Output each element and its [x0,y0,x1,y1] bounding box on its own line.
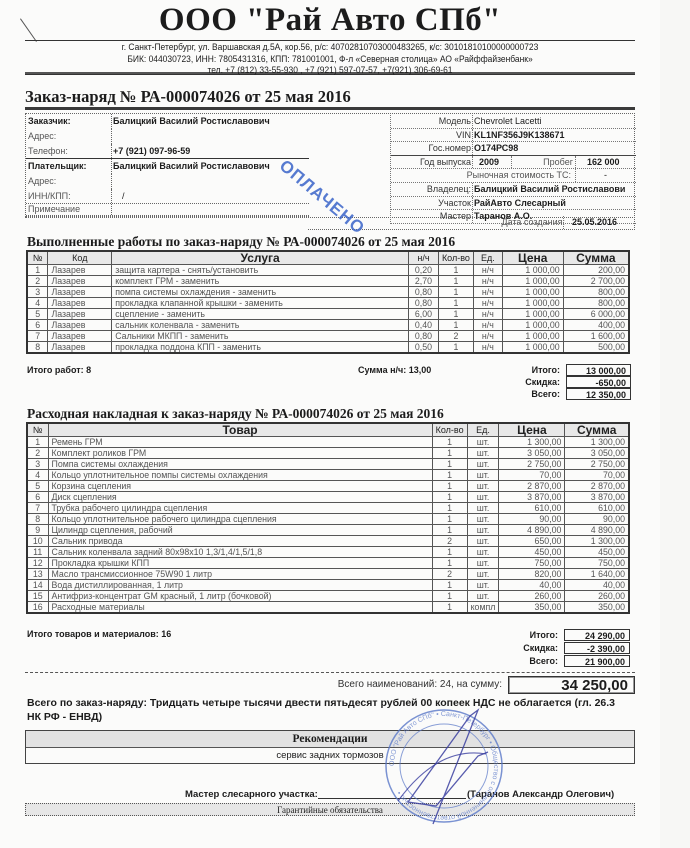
works-cell: 6,00 [409,309,439,320]
works-cell: Сальники МКПП - заменить [112,331,409,342]
goods-cell: шт. [467,525,499,536]
table-row: 11Сальник коленвала задний 80x98x10 1,3/… [27,547,629,558]
model-value: Chevrolet Lacetti [474,115,542,128]
table-row: 2Комплект роликов ГРМ1шт.3 050,003 050,0… [27,448,629,459]
goods-cell: 750,00 [499,558,565,569]
goods-cell: 2 [27,448,48,459]
works-cell: 1 000,00 [502,320,563,331]
items-count-label: Всего наименований: 24, на сумму: [260,679,502,690]
goods-cell: 70,00 [565,470,629,481]
goods-cell: Ремень ГРМ [48,437,432,448]
goods-cell: Корзина сцепления [48,481,432,492]
goods-cell: 1 300,00 [565,536,629,547]
owner-value: Балицкий Василий Ростиславови [474,183,625,196]
goods-cell: 40,00 [499,580,565,591]
works-cell: 1 000,00 [502,309,563,320]
goods-cell: Прокладка крышки КПП [48,558,432,569]
goods-count: Итого товаров и материалов: 16 [27,629,171,639]
works-header-cell: Цена [502,251,563,265]
table-row: 6Лазаревсальник коленвала - заменить0,40… [27,320,629,331]
works-cell: 8 [27,342,48,354]
address-row: Адрес: [26,129,309,144]
works-cell: 1 000,00 [502,331,563,342]
goods-cell: шт. [467,481,499,492]
table-row: 12Прокладка крышки КПП1шт.750,00750,00 [27,558,629,569]
payer-address-row: Адрес: [26,174,309,189]
goods-header-cell: Кол-во [432,423,467,437]
works-cell: н/ч [473,265,502,276]
goods-total-label: Итого: [500,630,558,640]
works-cell: н/ч [473,287,502,298]
goods-cell: 1 [432,591,467,602]
works-cell: прокладка клапанной крышки - заменить [112,298,409,309]
works-cell: Лазарев [48,320,112,331]
work-order-document: ООО "Рай Авто СПб" г. Санкт-Петербург, у… [0,0,660,848]
company-requisites: г. Санкт-Петербург, ул. Варшавская д.5А,… [25,40,635,75]
works-cell: защита картера - снять/установить [112,265,409,276]
goods-cell: Кольцо уплотнительное рабочего цилиндра … [48,514,432,525]
vin-value: KL1NF356J9K138671 [474,129,565,142]
goods-cell: шт. [467,580,499,591]
table-row: 3Лазаревпомпа системы охлаждения - замен… [27,287,629,298]
goods-header-cell: № [27,423,48,437]
goods-cell: 3 050,00 [499,448,565,459]
goods-cell: компл [467,602,499,614]
works-cell: 1 000,00 [502,276,563,287]
inn-label: ИНН/КПП: [28,189,71,203]
signature-label: Мастер слесарного участка: [185,789,318,800]
goods-header-cell: Ед. [467,423,499,437]
goods-cell: Кольцо уплотнительное помпы системы охла… [48,470,432,481]
works-cell: н/ч [473,276,502,287]
works-total-value: 13 000,00 [566,364,631,376]
model-label: Модель [439,115,471,128]
goods-cell: 1 [432,525,467,536]
works-cell: н/ч [473,331,502,342]
goods-cell: 70,00 [499,470,565,481]
goods-cell: 10 [27,536,48,547]
goods-cell: шт. [467,503,499,514]
works-total-label: Итого: [500,365,560,375]
works-cell: Лазарев [48,287,112,298]
goods-cell: 4 890,00 [499,525,565,536]
plate-value: О174РС98 [474,142,518,155]
table-row: 10Сальник привода2шт.650,001 300,00 [27,536,629,547]
goods-cell: 1 300,00 [565,437,629,448]
market-value-label: Рыночная стоимость ТС: [467,169,571,182]
goods-cell: Вода дистиллированная, 1 литр [48,580,432,591]
goods-cell: 1 [432,580,467,591]
works-cell: 6 [27,320,48,331]
goods-cell: 450,00 [499,547,565,558]
goods-cell: шт. [467,536,499,547]
works-cell: комплект ГРМ - заменить [112,276,409,287]
goods-cell: 9 [27,525,48,536]
payer-value: Балицкий Василий Ростиславович [113,159,270,173]
company-seal-icon: ООО "Рай Авто СПб" • Санкт-Петербург • О… [378,706,510,826]
table-row: 1Ремень ГРМ1шт.1 300,001 300,00 [27,437,629,448]
goods-cell: 4 890,00 [565,525,629,536]
goods-cell: шт. [467,459,499,470]
works-header-cell: Код [48,251,112,265]
goods-header-cell: Товар [48,423,432,437]
works-cell: 3 [27,287,48,298]
goods-cell: 1 [432,437,467,448]
goods-cell: 14 [27,580,48,591]
plate-label: Гос.номер [429,142,471,155]
goods-cell: шт. [467,448,499,459]
works-cell: 1 [438,276,473,287]
works-cell: Лазарев [48,342,112,354]
goods-cell: Расходные материалы [48,602,432,614]
goods-cell: 15 [27,591,48,602]
table-row: 7ЛазаревСальники МКПП - заменить0,802н/ч… [27,331,629,342]
goods-cell: 750,00 [565,558,629,569]
goods-cell: 350,00 [565,602,629,614]
goods-cell: 3 870,00 [499,492,565,503]
mileage-value: 162 000 [587,156,620,169]
works-cell: 6 000,00 [563,309,629,320]
customer-info: Заказчик: Балицкий Василий Ростиславович… [25,113,309,217]
market-value-row: Рыночная стоимость ТС: - [391,169,636,183]
goods-cell: шт. [467,547,499,558]
customer-label: Заказчик: [28,114,71,128]
goods-cell: 1 [432,514,467,525]
works-cell: 2,70 [409,276,439,287]
goods-cell: 2 [432,569,467,580]
works-cell: 0,20 [409,265,439,276]
goods-cell: 1 640,00 [565,569,629,580]
table-row: 3Помпа системы охлаждения1шт.2 750,002 7… [27,459,629,470]
works-cell: прокладка поддона КПП - заменить [112,342,409,354]
works-cell: н/ч [473,320,502,331]
model-row: Модель Chevrolet Lacetti [391,115,636,129]
works-header-cell: н/ч [409,251,439,265]
works-cell: помпа системы охлаждения - заменить [112,287,409,298]
plate-row: Гос.номер О174РС98 [391,142,636,156]
works-cell: н/ч [473,342,502,354]
goods-header-row: №ТоварКол-воЕд.ЦенаСумма [27,423,629,437]
goods-cell: 3 050,00 [565,448,629,459]
goods-cell: 6 [27,492,48,503]
works-cell: 2 [438,331,473,342]
works-title: Выполненные работы по заказ-наряду № РА-… [27,234,455,250]
vin-label: VIN [456,129,471,142]
phone-value: +7 (921) 097-96-59 [113,144,190,158]
works-grand-label: Всего: [500,389,560,399]
works-cell: сцепление - заменить [112,309,409,320]
table-row: 6Диск сцепления1шт.3 870,003 870,00 [27,492,629,503]
goods-cell: Трубка рабочего цилиндра сцепления [48,503,432,514]
table-row: 13Масло трансмиссионное 75W90 1 литр2шт.… [27,569,629,580]
goods-discount-value: -2 390,00 [564,642,630,654]
works-header-cell: Кол-во [438,251,473,265]
goods-cell: шт. [467,558,499,569]
goods-header-cell: Цена [499,423,565,437]
vehicle-info: Модель Chevrolet Lacetti VIN KL1NF356J9K… [390,115,636,224]
goods-cell: 1 [432,547,467,558]
works-grand-value: 12 350,00 [566,388,631,400]
works-table: №КодУслуган/чКол-воЕд.ЦенаСумма 1Лазарев… [26,250,630,354]
goods-cell: 1 [432,448,467,459]
goods-cell: Сальник коленвала задний 80x98x10 1,3/1,… [48,547,432,558]
address-label: Адрес: [28,129,56,143]
goods-grand-value: 21 900,00 [564,655,630,667]
customer-row: Заказчик: Балицкий Василий Ростиславович [26,114,309,129]
works-cell: 500,00 [563,342,629,354]
goods-cell: 90,00 [499,514,565,525]
goods-cell: 350,00 [499,602,565,614]
mileage-label: Пробег [531,156,573,169]
goods-cell: 40,00 [565,580,629,591]
works-cell: 0,80 [409,298,439,309]
table-row: 8Кольцо уплотнительное рабочего цилиндра… [27,514,629,525]
goods-cell: 1 [432,602,467,614]
goods-cell: Масло трансмиссионное 75W90 1 литр [48,569,432,580]
created-value: 25.05.2016 [572,216,617,229]
goods-cell: Диск сцепления [48,492,432,503]
works-header-row: №КодУслуган/чКол-воЕд.ЦенаСумма [27,251,629,265]
works-cell: Лазарев [48,265,112,276]
goods-cell: 260,00 [565,591,629,602]
total-in-words: Всего по заказ-наряду: Тридцать четыре т… [27,697,627,724]
works-discount-value: -650,00 [566,376,631,388]
works-cell: 800,00 [563,287,629,298]
payer-label: Плательщик: [28,159,86,173]
goods-cell: 4 [27,470,48,481]
goods-cell: 450,00 [565,547,629,558]
table-row: 7Трубка рабочего цилиндра сцепления1шт.6… [27,503,629,514]
goods-cell: 260,00 [499,591,565,602]
works-cell: 0,80 [409,287,439,298]
goods-cell: 12 [27,558,48,569]
works-cell: сальник коленвала - заменить [112,320,409,331]
goods-cell: 90,00 [565,514,629,525]
goods-title: Расходная накладная к заказ-наряду № РА-… [27,406,444,422]
works-header-cell: № [27,251,48,265]
works-cell: 1 [438,309,473,320]
table-row: 8Лазаревпрокладка поддона КПП - заменить… [27,342,629,354]
table-row: 15Антифриз-концентрат GM красный, 1 литр… [27,591,629,602]
works-cell: 0,40 [409,320,439,331]
table-row: 1Лазаревзащита картера - снять/установит… [27,265,629,276]
works-count: Итого работ: 8 [27,365,91,375]
goods-discount-label: Скидка: [500,643,558,653]
goods-cell: 1 [432,492,467,503]
requisites-line: БИК: 044030723, ИНН: 7805431316, КПП: 78… [49,54,610,66]
vin-row: VIN KL1NF356J9K138671 [391,129,636,143]
table-row: 14Вода дистиллированная, 1 литр1шт.40,00… [27,580,629,591]
table-row: 4Кольцо уплотнительное помпы системы охл… [27,470,629,481]
goods-cell: шт. [467,470,499,481]
section-label: Участок [438,197,471,210]
goods-cell: 1 [432,481,467,492]
phone-row: Телефон: +7 (921) 097-96-59 [26,144,309,159]
goods-cell: 820,00 [499,569,565,580]
goods-total-value: 24 290,00 [564,629,630,641]
works-cell: 1 [27,265,48,276]
works-cell: 200,00 [563,265,629,276]
works-cell: 400,00 [563,320,629,331]
goods-cell: 7 [27,503,48,514]
works-cell: Лазарев [48,309,112,320]
requisites-line: г. Санкт-Петербург, ул. Варшавская д.5А,… [49,42,610,54]
table-row: 9Цилиндр сцепления, рабочий1шт.4 890,004… [27,525,629,536]
customer-value: Балицкий Василий Ростиславович [113,114,270,128]
recommendations-box: Рекомендации сервис задних тормозов [25,730,635,764]
goods-cell: 1 300,00 [499,437,565,448]
works-header-cell: Сумма [563,251,629,265]
goods-cell: 1 [432,558,467,569]
goods-cell: Комплект роликов ГРМ [48,448,432,459]
order-total: 34 250,00 [508,676,635,694]
recommendations-text: сервис задних тормозов [26,748,634,763]
works-cell: 5 [27,309,48,320]
created-row: Дата создания: 25.05.2016 [392,216,635,229]
svg-text:ООО "Рай Авто СПб" • Санкт-Пет: ООО "Рай Авто СПб" • Санкт-Петербург • О… [389,711,499,821]
goods-cell: 1 [432,470,467,481]
table-row: 16Расходные материалы1компл350,00350,00 [27,602,629,614]
works-cell: 2 [27,276,48,287]
table-row: 5Лазаревсцепление - заменить6,001н/ч1 00… [27,309,629,320]
warranty-title: Гарантийные обязательства [25,803,635,816]
works-cell: 4 [27,298,48,309]
works-cell: 1 [438,320,473,331]
goods-header-cell: Сумма [565,423,629,437]
goods-cell: 8 [27,514,48,525]
works-cell: Лазарев [48,298,112,309]
works-header-cell: Ед. [473,251,502,265]
phone-label: Телефон: [28,144,68,158]
works-cell: Лазарев [48,276,112,287]
goods-table: №ТоварКол-воЕд.ЦенаСумма 1Ремень ГРМ1шт.… [26,422,630,614]
works-discount-label: Скидка: [500,377,560,387]
goods-cell: шт. [467,569,499,580]
goods-cell: шт. [467,591,499,602]
market-value: - [604,169,607,182]
goods-cell: 2 [432,536,467,547]
goods-cell: 2 750,00 [565,459,629,470]
works-cell: н/ч [473,298,502,309]
goods-cell: 3 [27,459,48,470]
works-cell: 1 000,00 [502,342,563,354]
title-divider [25,107,635,110]
works-cell: 1 600,00 [563,331,629,342]
goods-cell: 1 [27,437,48,448]
year-label: Год выпуска [420,156,471,169]
works-cell: Лазарев [48,331,112,342]
works-cell: 0,50 [409,342,439,354]
goods-cell: 650,00 [499,536,565,547]
goods-cell: 1 [432,503,467,514]
payer-address-label: Адрес: [28,174,56,188]
goods-cell: 610,00 [499,503,565,514]
works-cell: 1 [438,342,473,354]
goods-cell: шт. [467,514,499,525]
works-cell: 7 [27,331,48,342]
works-cell: 800,00 [563,298,629,309]
note-label: Примечание [28,204,80,215]
owner-row: Владелец: Балицкий Василий Ростиславови [391,183,636,197]
payer-row: Плательщик: Балицкий Василий Ростиславов… [26,159,309,174]
works-cell: 1 [438,298,473,309]
works-cell: 1 000,00 [502,298,563,309]
works-cell: 1 000,00 [502,287,563,298]
order-title: Заказ-наряд № РА-000074026 от 25 мая 201… [25,87,351,107]
goods-cell: Сальник привода [48,536,432,547]
owner-label: Владелец: [427,183,471,196]
section-value: РайАвто Слесарный [474,197,566,210]
goods-cell: 5 [27,481,48,492]
goods-cell: шт. [467,492,499,503]
table-row: 4Лазаревпрокладка клапанной крышки - зам… [27,298,629,309]
section-row: Участок РайАвто Слесарный [391,197,636,211]
works-header-cell: Услуга [112,251,409,265]
goods-cell: 610,00 [565,503,629,514]
table-row: 5Корзина сцепления1шт.2 870,002 870,00 [27,481,629,492]
works-cell: 2 700,00 [563,276,629,287]
note-row: Примечание [26,204,309,216]
inn-value: / [122,189,125,203]
table-row: 2Лазаревкомплект ГРМ - заменить2,701н/ч1… [27,276,629,287]
goods-cell: 3 870,00 [565,492,629,503]
works-cell: н/ч [473,309,502,320]
goods-cell: Цилиндр сцепления, рабочий [48,525,432,536]
works-cell: 1 [438,287,473,298]
goods-cell: шт. [467,437,499,448]
year-value: 2009 [479,156,499,169]
goods-cell: 16 [27,602,48,614]
works-body: 1Лазаревзащита картера - снять/установит… [27,265,629,354]
goods-cell: 2 870,00 [565,481,629,492]
goods-cell: 11 [27,547,48,558]
goods-cell: Антифриз-концентрат GM красный, 1 литр (… [48,591,432,602]
goods-cell: 2 750,00 [499,459,565,470]
company-name: ООО "Рай Авто СПб" [0,2,660,39]
goods-cell: 13 [27,569,48,580]
works-hours-total: Сумма н/ч: 13,00 [358,365,431,375]
goods-grand-label: Всего: [500,656,558,666]
year-row: Год выпуска 2009 Пробег 162 000 [391,156,636,170]
created-label: Дата создания: [502,216,566,229]
goods-body: 1Ремень ГРМ1шт.1 300,001 300,002Комплект… [27,437,629,614]
inn-row: ИНН/КПП: / [26,189,309,204]
goods-cell: 1 [432,459,467,470]
works-cell: 1 000,00 [502,265,563,276]
goods-cell: Помпа системы охлаждения [48,459,432,470]
works-cell: 0,80 [409,331,439,342]
works-cell: 1 [438,265,473,276]
summary-divider [25,672,635,673]
goods-cell: 2 870,00 [499,481,565,492]
recommendations-title: Рекомендации [26,731,634,748]
requisites-line: тел. +7 (812) 33-55-930 , +7 (921) 597-0… [49,65,610,77]
